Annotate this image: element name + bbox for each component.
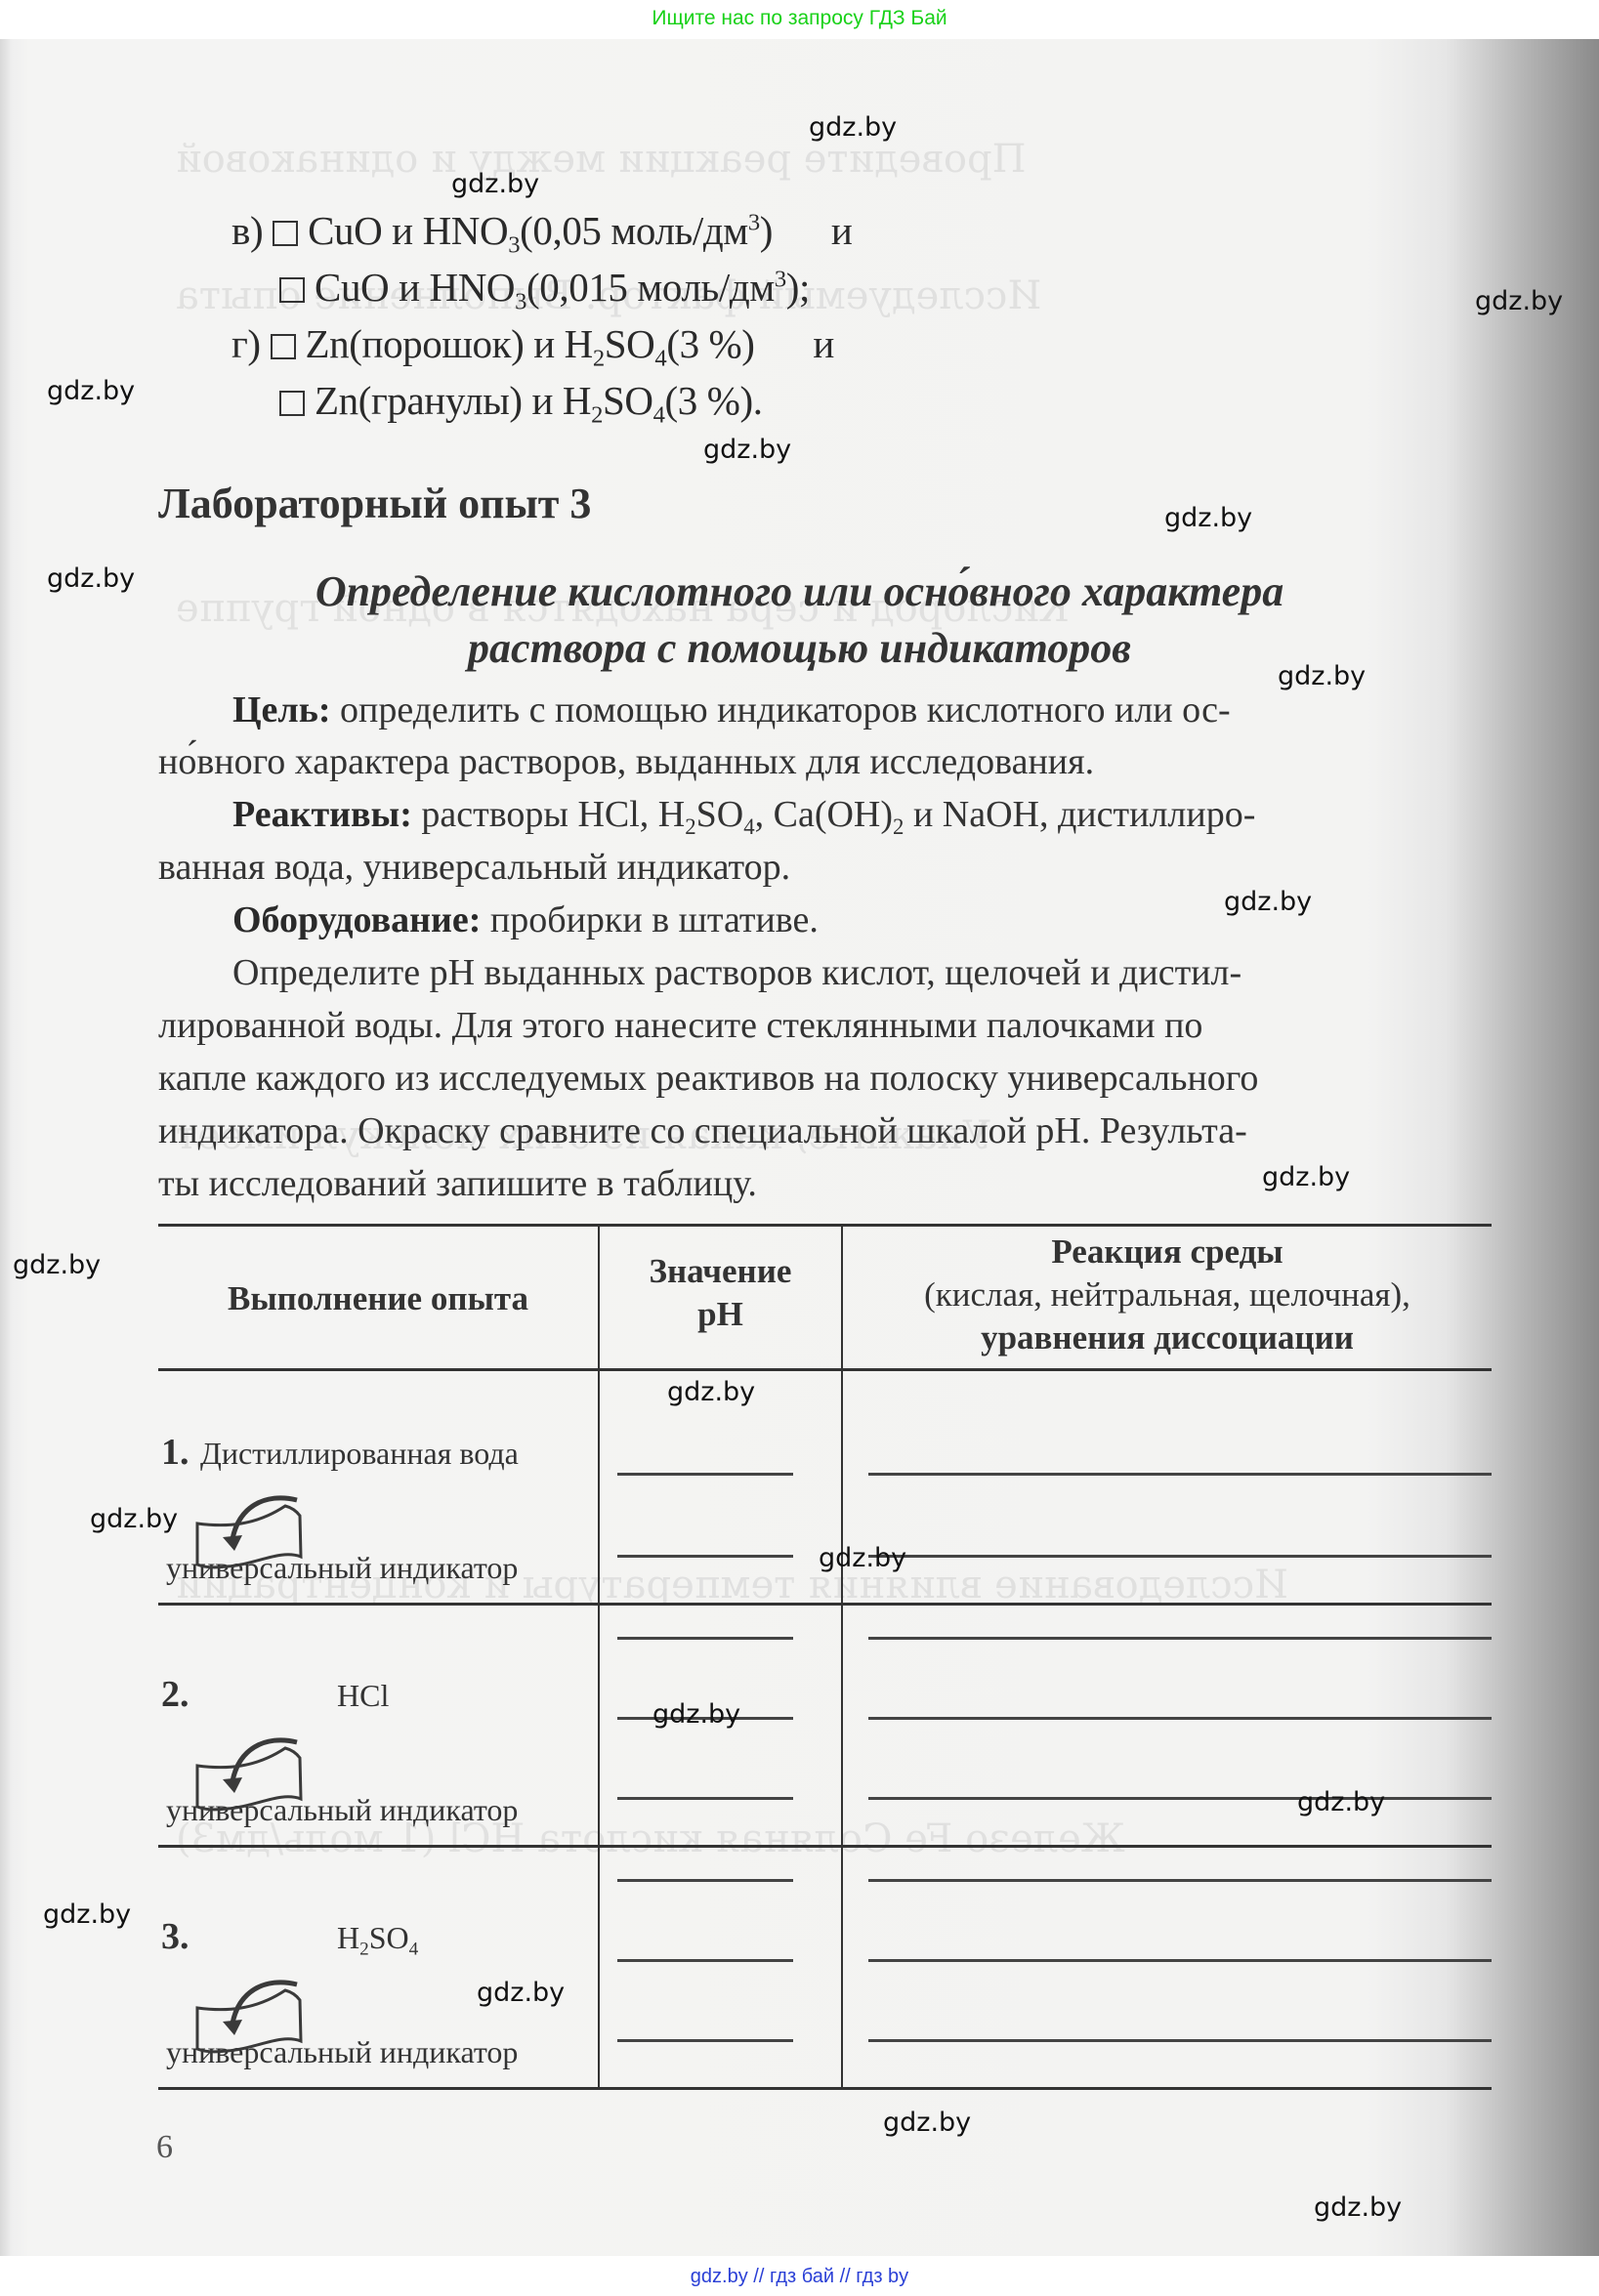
reaction-answer-blank[interactable] bbox=[868, 1555, 1492, 1558]
header-ph: ЗначениеpH bbox=[600, 1250, 841, 1336]
indicator-strip-icon bbox=[188, 1486, 324, 1594]
reaction-answer-blank[interactable] bbox=[868, 1959, 1492, 1962]
equipment-line: Оборудование: пробирки в штативе. bbox=[232, 898, 819, 941]
row-reagent: HCl bbox=[337, 1678, 389, 1714]
reaction-answer-blank[interactable] bbox=[868, 1473, 1492, 1476]
watermark: gdz.by bbox=[47, 564, 135, 594]
watermark: gdz.by bbox=[652, 1699, 740, 1730]
watermark: gdz.by bbox=[1224, 887, 1312, 917]
watermark: gdz.by bbox=[477, 1978, 565, 2008]
bottom-banner: gdz.by // гдз бай // гдз by bbox=[0, 2257, 1599, 2296]
reaction-answer-blank[interactable] bbox=[868, 1797, 1492, 1800]
row-reagent: Дистиллированная вода bbox=[200, 1436, 519, 1472]
watermark: gdz.by bbox=[1297, 1787, 1385, 1817]
table-rule-row bbox=[158, 1845, 1492, 1848]
header-experiment: Выполнение опыта bbox=[158, 1277, 598, 1320]
header-reaction: Реакция среды (кислая, нейтральная, щело… bbox=[843, 1231, 1492, 1358]
option-v-line-1: в) CuO и HNO3(0,05 моль/дм3) и bbox=[231, 207, 852, 254]
table-rule-bottom bbox=[158, 2087, 1492, 2090]
row-number: 1. bbox=[161, 1431, 189, 1474]
goal-line-2: но́вного характера растворов, выданных д… bbox=[158, 740, 1094, 783]
top-banner: Ищите нас по запросу ГДЗ Бай bbox=[0, 0, 1599, 37]
watermark: gdz.by bbox=[809, 112, 897, 143]
option-letter: в) bbox=[231, 208, 263, 253]
checkbox[interactable] bbox=[279, 277, 305, 303]
ph-answer-blank[interactable] bbox=[617, 1555, 793, 1558]
ph-answer-blank[interactable] bbox=[617, 1637, 793, 1640]
option-g-line-1: г) Zn(порошок) и H2SO4(3 %) и bbox=[231, 320, 834, 367]
instruction-line-2: лированной воды. Для этого нанесите стек… bbox=[158, 1004, 1202, 1047]
instruction-line-5: ты исследований запишите в таблицу. bbox=[158, 1162, 757, 1205]
ph-answer-blank[interactable] bbox=[617, 1959, 793, 1962]
ph-answer-blank[interactable] bbox=[617, 2039, 793, 2042]
textbook-page: Проведите реакции между и одинаковой Исс… bbox=[0, 39, 1599, 2256]
row-number: 3. bbox=[161, 1915, 189, 1958]
watermark: gdz.by bbox=[1314, 2192, 1402, 2223]
bleed-through-text: Проведите реакции между и одинаковой bbox=[176, 137, 1027, 182]
watermark: gdz.by bbox=[1475, 286, 1563, 316]
indicator-strip-icon bbox=[188, 1729, 324, 1836]
watermark: gdz.by bbox=[703, 435, 791, 465]
watermark: gdz.by bbox=[1164, 503, 1252, 533]
reaction-answer-blank[interactable] bbox=[868, 1637, 1492, 1640]
lab-title-line-1: Определение кислотного или осно́вного ха… bbox=[0, 566, 1599, 616]
watermark: gdz.by bbox=[819, 1543, 906, 1573]
ph-answer-blank[interactable] bbox=[617, 1797, 793, 1800]
checkbox[interactable] bbox=[279, 391, 305, 416]
goal-line-1: Цель: определить с помощью индикаторов к… bbox=[232, 689, 1231, 731]
watermark: gdz.by bbox=[90, 1504, 178, 1534]
reaction-answer-blank[interactable] bbox=[868, 1717, 1492, 1720]
instruction-line-1: Определите pH выданных растворов кислот,… bbox=[232, 951, 1241, 994]
ph-answer-blank[interactable] bbox=[617, 1473, 793, 1476]
reagents-line-2: ванная вода, универсальный индикатор. bbox=[158, 846, 790, 889]
watermark: gdz.by bbox=[43, 1899, 131, 1930]
option-v-line-2: CuO и HNO3(0,015 моль/дм3); bbox=[279, 264, 810, 311]
reagents-label: Реактивы: bbox=[232, 794, 412, 835]
table-col-divider bbox=[598, 1224, 600, 2090]
watermark: gdz.by bbox=[1262, 1162, 1350, 1192]
watermark: gdz.by bbox=[13, 1250, 101, 1280]
table-rule-header bbox=[158, 1368, 1492, 1371]
table-rule-top bbox=[158, 1224, 1492, 1227]
row-reagent: H2SO4 bbox=[337, 1920, 418, 1956]
reagents-line-1: Реактивы: растворы HCl, H2SO4, Ca(OH)2 и… bbox=[232, 793, 1255, 836]
watermark: gdz.by bbox=[883, 2108, 971, 2138]
page-number: 6 bbox=[156, 2129, 173, 2166]
watermark: gdz.by bbox=[47, 376, 135, 406]
option-g-line-2: Zn(гранулы) и H2SO4(3 %). bbox=[279, 377, 763, 424]
watermark: gdz.by bbox=[667, 1377, 755, 1407]
watermark: gdz.by bbox=[451, 169, 539, 199]
reaction-answer-blank[interactable] bbox=[868, 1879, 1492, 1882]
indicator-strip-icon bbox=[188, 1971, 324, 2078]
table-rule-row bbox=[158, 1603, 1492, 1606]
reaction-answer-blank[interactable] bbox=[868, 2039, 1492, 2042]
checkbox[interactable] bbox=[271, 334, 296, 359]
option-letter: г) bbox=[231, 321, 261, 366]
ph-answer-blank[interactable] bbox=[617, 1879, 793, 1882]
checkbox[interactable] bbox=[273, 221, 298, 246]
goal-label: Цель: bbox=[232, 689, 331, 731]
watermark: gdz.by bbox=[1278, 661, 1366, 691]
row-number: 2. bbox=[161, 1673, 189, 1716]
lab-heading: Лабораторный опыт 3 bbox=[158, 479, 591, 528]
instruction-line-4: индикатора. Окраску сравните со специаль… bbox=[158, 1109, 1247, 1152]
equipment-label: Оборудование: bbox=[232, 899, 481, 940]
instruction-line-3: капле каждого из исследуемых реактивов н… bbox=[158, 1057, 1258, 1100]
